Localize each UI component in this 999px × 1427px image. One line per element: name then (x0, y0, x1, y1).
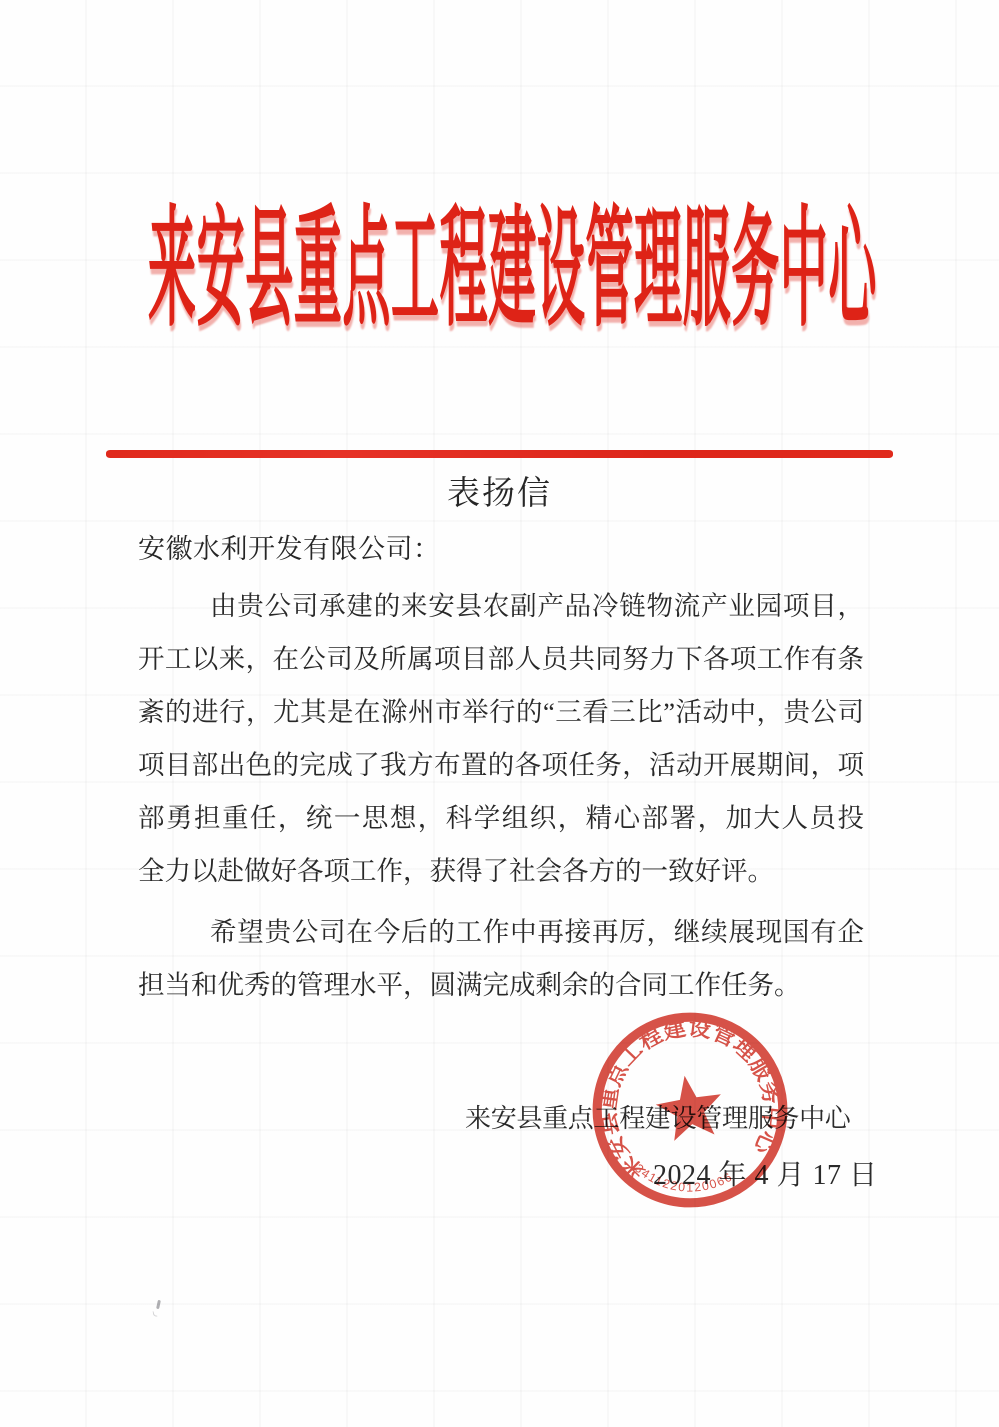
document-title: 表扬信 (0, 467, 999, 514)
scanned-letter-page: 来安县重点工程建设管理服务中心 表扬信 安徽水利开发有限公司： 由贵公司承建的来… (0, 0, 999, 1427)
scan-artifact-speck (156, 1300, 161, 1309)
red-divider-line (106, 450, 893, 458)
body-line: 项目部出色的完成了我方布置的各项任务，活动开展期间，项目 (138, 739, 864, 792)
body-line: 部勇担重任，统一思想，科学组织，精心部署，加大人员投入， (138, 792, 864, 845)
body-line: 希望贵公司在今后的工作中再接再厉，继续展现国有企业的 (138, 906, 864, 959)
body-paragraph-1: 由贵公司承建的来安县农副产品冷链物流产业园项目，自 开工以来，在公司及所属项目部… (138, 580, 864, 898)
scan-artifact-speck (153, 1311, 158, 1318)
salutation: 安徽水利开发有限公司： (138, 527, 441, 566)
body-line: 由贵公司承建的来安县农副产品冷链物流产业园项目，自 (138, 580, 864, 633)
body-line: 开工以来，在公司及所属项目部人员共同努力下各项工作有条不 (138, 633, 864, 686)
official-seal-stamp: 来安县重点工程建设管理服务中心 3411220120066 (573, 993, 806, 1226)
body-line: 全力以赴做好各项工作，获得了社会各方的一致好评。 (138, 845, 864, 898)
body-line: 紊的进行，尤其是在滁州市举行的“三看三比”活动中，贵公司 (138, 686, 864, 739)
red-star-icon (652, 1071, 727, 1143)
